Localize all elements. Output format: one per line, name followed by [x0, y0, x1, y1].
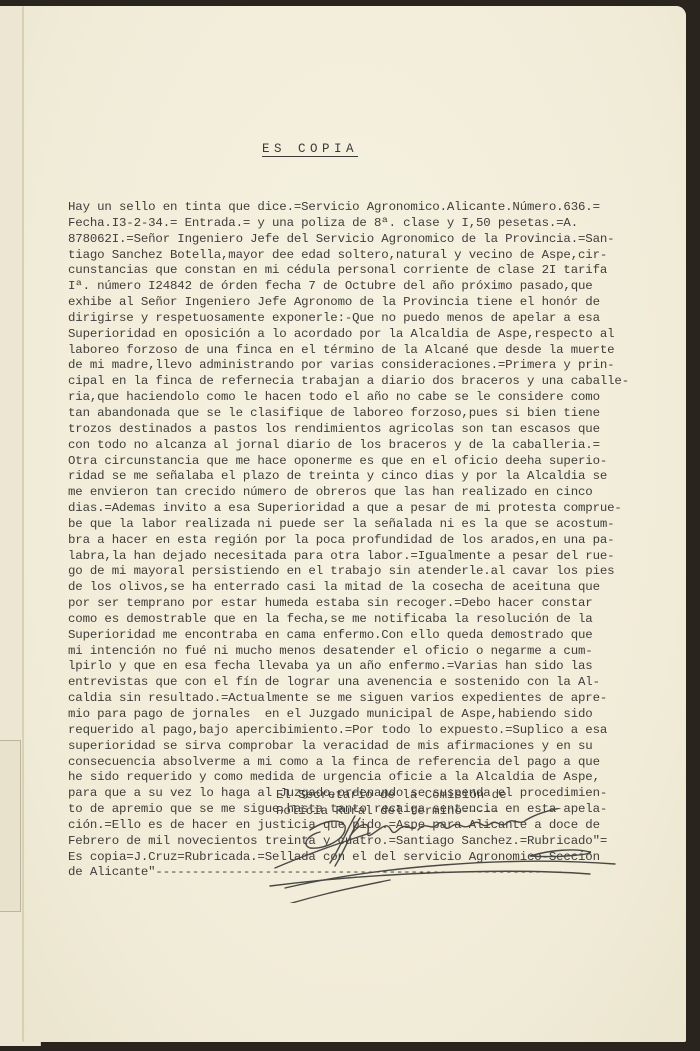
- page-tab-edge: [0, 740, 21, 912]
- body-line: trozos destinados a pastos los rendimien…: [68, 422, 693, 438]
- body-line: ria,que haciendolo como le hacen todo el…: [68, 390, 693, 406]
- body-line: dirigirse y respetuosamente exponerle:-Q…: [68, 311, 693, 327]
- body-line: bra a hacer en esta región por la poca p…: [68, 533, 693, 549]
- body-line: por ser temprano por estar humeda estaba…: [68, 596, 693, 612]
- body-line: Fecha.I3-2-34.= Entrada.= y una poliza d…: [68, 216, 693, 232]
- body-line: Iª. número I24842 de órden fecha 7 de Oc…: [68, 279, 693, 295]
- body-line: be que la labor realizada ni puede ser l…: [68, 517, 693, 533]
- body-line: entrevistas que con el fín de lograr una…: [68, 675, 693, 691]
- body-line: Superioridad en oposición a lo acordado …: [68, 327, 693, 343]
- body-line: Otra circunstancia que me hace oponerme …: [68, 454, 693, 470]
- document-body: Hay un sello en tinta que dice.=Servicio…: [68, 200, 693, 881]
- body-line: me envieron tan crecido número de obrero…: [68, 485, 693, 501]
- body-line: como es demostrable que en la fecha,se m…: [68, 612, 693, 628]
- body-line: Superioridad me encontraba en cama enfer…: [68, 628, 693, 644]
- body-line: go de mi mayoral persistiendo en el trab…: [68, 564, 693, 580]
- body-line: 878062I.=Señor Ingeniero Jefe del Servic…: [68, 232, 693, 248]
- body-line: requerido al pago,bajo apercibimiento.=P…: [68, 723, 693, 739]
- body-line: mio para pago de jornales en el Juzgado …: [68, 707, 693, 723]
- body-line: caldia sin resultado.=Actualmente se me …: [68, 691, 693, 707]
- body-line: de mi madre,llevo administrando por vari…: [68, 358, 693, 374]
- body-line: tiago Sanchez Botella,mayor dee edad sol…: [68, 248, 693, 264]
- document-title: ES COPIA: [262, 142, 358, 156]
- body-line: cipal en la finca de refernecia trabajan…: [68, 374, 693, 390]
- body-line: ridad se me señalaba el plazo de treinta…: [68, 469, 693, 485]
- body-line: consecuencia absolverme a mi como a la f…: [68, 755, 693, 771]
- body-line: tan abandonada que se le clasifique de l…: [68, 406, 693, 422]
- signature-icon: [230, 808, 630, 903]
- body-line: dias.=Ademas invito a esa Superioridad a…: [68, 501, 693, 517]
- body-line: Hay un sello en tinta que dice.=Servicio…: [68, 200, 693, 216]
- body-line: mi intención no fué ni mucho menos desat…: [68, 644, 693, 660]
- body-line: con todo no alcanza al jornal diario de …: [68, 438, 693, 454]
- body-line: lpirlo y que en esa fecha llevaba ya un …: [68, 659, 693, 675]
- body-line: exhibe al Señor Ingeniero Jefe Agronomo …: [68, 295, 693, 311]
- body-line: labra,la han dejado necesitada para otra…: [68, 549, 693, 565]
- closing-line-1: El Secretario de la Comisión de: [276, 788, 507, 802]
- body-line: cunstancias que constan en mi cédula per…: [68, 263, 693, 279]
- body-line: de los olivos,se ha enterrado casi la mi…: [68, 580, 693, 596]
- body-line: laboreo forzoso de una finca en el térmi…: [68, 343, 693, 359]
- body-line: superioridad se sirva comprobar la verac…: [68, 739, 693, 755]
- body-line: he sido requerido y como medida de urgen…: [68, 770, 693, 786]
